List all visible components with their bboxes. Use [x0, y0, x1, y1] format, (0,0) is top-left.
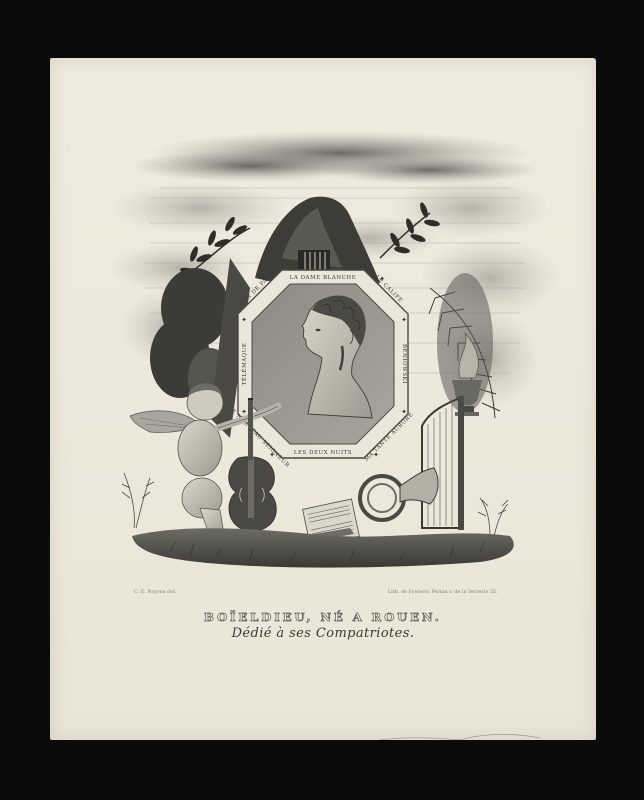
print-title: BOÏELDIEU, NÉ A ROUEN. — [50, 610, 596, 624]
octagon-medallion: ✦✦ ✦✦ ✦✦ ✦✦ LA DAME BLANCHE LE CALIFE BE… — [227, 269, 415, 469]
frame-label-left: TÉLÉMAQUE — [240, 343, 248, 386]
frame-label-right: BENIOWSKI — [401, 344, 407, 384]
harp — [422, 396, 464, 530]
print-dedication: Dédié à ses Compatriotes. — [50, 626, 596, 641]
plant-right — [478, 498, 508, 536]
svg-text:✦: ✦ — [401, 316, 407, 324]
french-horn — [360, 468, 438, 520]
artist-credit: C. E. Noyron del. — [134, 590, 176, 595]
svg-text:✦: ✦ — [241, 316, 247, 324]
print-paper: ✦✦ ✦✦ ✦✦ ✦✦ LA DAME BLANCHE LE CALIFE BE… — [50, 58, 596, 740]
paper-edge-tear — [380, 730, 540, 740]
printer-credit: Lith. de Frederic Pernin r. de la Verrer… — [388, 590, 498, 595]
frame-label-top: LA DAME BLANCHE — [290, 275, 356, 281]
plant-left — [122, 473, 154, 528]
svg-text:✦: ✦ — [241, 408, 247, 416]
frame-label-bottom: LES DEUX NUITS — [294, 450, 352, 456]
